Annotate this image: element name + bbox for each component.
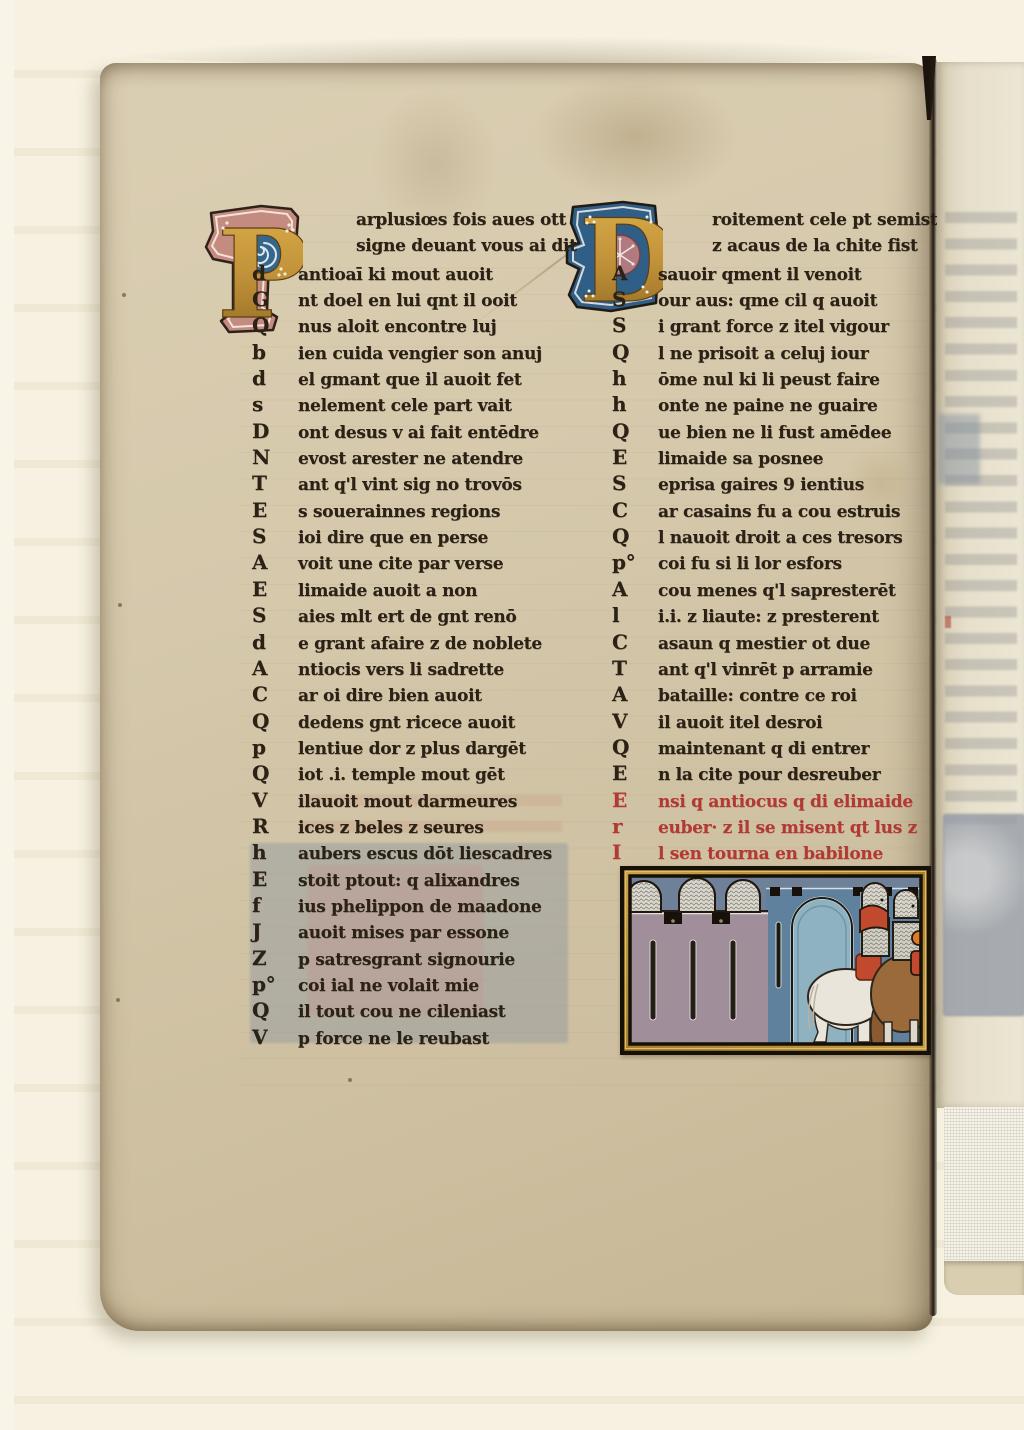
line-text: euber· z il se misent qt lus z — [658, 818, 917, 838]
line-text: evost arester ne atendre — [298, 449, 523, 469]
facing-page-miniature-showthrough — [943, 814, 1024, 1016]
facing-page-text-showthrough — [945, 212, 1017, 824]
verse-line: Tant q'l vinrēt p arramie — [612, 655, 946, 681]
verse-line: Ql ne prisoit a celuj iour — [612, 339, 946, 365]
verse-line: signe deuant vous ai dit — [252, 233, 586, 259]
line-initial: D — [252, 418, 298, 444]
verse-line: Qnus aloit encontre luj — [252, 312, 586, 338]
line-text: sauoir qment il venoit — [658, 265, 861, 285]
line-initial: T — [612, 655, 658, 681]
line-text: z acaus de la chite fist — [712, 236, 918, 256]
verse-line: Ql nauoit droit a ces tresors — [612, 523, 946, 549]
verse-line: Que bien ne li fust amēdee — [612, 418, 946, 444]
line-text: antioaī ki mout auoit — [298, 265, 493, 285]
verse-line: bien cuida vengier son anuj — [252, 339, 586, 365]
line-initial: h — [612, 365, 658, 391]
verse-line: z acaus de la chite fist — [612, 233, 946, 259]
verse-line: honte ne paine ne guaire — [612, 391, 946, 417]
cloth-backing — [944, 1107, 1024, 1263]
line-initial: h — [252, 839, 298, 865]
line-text: ien cuida vengier son anuj — [298, 344, 542, 364]
line-initial: J — [252, 918, 298, 944]
line-text: l sen tourna en babilone — [658, 844, 883, 864]
line-initial: p — [252, 734, 298, 760]
line-initial: C — [612, 629, 658, 655]
line-initial: E — [612, 760, 658, 786]
line-text: ar casains fu a cou estruis — [658, 502, 900, 522]
line-text: il auoit itel desroi — [658, 713, 822, 733]
verse-line: Elimaide sa posnee — [612, 444, 946, 470]
line-initial: p° — [612, 549, 658, 575]
verse-line: Abataille: contre ce roi — [612, 681, 946, 707]
line-text: cou menes q'l sapresterēt — [658, 581, 896, 601]
verse-line: Dont desus v ai fait entēdre — [252, 418, 586, 444]
line-initial: G — [252, 286, 298, 312]
line-initial: Q — [252, 312, 298, 338]
text-column-right: roitement cele pt semist.z acaus de la c… — [612, 207, 946, 866]
line-text: auoit mises par essone — [298, 923, 509, 943]
verse-line: del gmant que il auoit fet — [252, 365, 586, 391]
line-text: eprisa gaires 9 ientius — [658, 475, 864, 495]
line-initial: Q — [612, 418, 658, 444]
line-initial: S — [612, 312, 658, 338]
line-initial: N — [252, 444, 298, 470]
line-initial: b — [252, 339, 298, 365]
line-initial: d — [252, 260, 298, 286]
line-initial: S — [252, 602, 298, 628]
line-text: nelement cele part vait — [298, 396, 512, 416]
verse-line: Acou menes q'l sapresterēt — [612, 576, 946, 602]
line-initial: C — [612, 497, 658, 523]
line-text: p force ne le reubast — [298, 1029, 489, 1049]
line-initial: h — [612, 391, 658, 417]
verse-line: Asauoir qment il venoit — [612, 260, 946, 286]
line-text: signe deuant vous ai dit — [356, 236, 577, 256]
text-column-left: arplusiœs fois aues ottsigne deuant vous… — [252, 207, 586, 1050]
line-text: limaide sa posnee — [658, 449, 823, 469]
verse-line: Casaun q mestier ot due — [612, 629, 946, 655]
line-initial: I — [612, 839, 658, 865]
line-text: roitement cele pt semist. — [712, 210, 943, 230]
verse-line: Qil tout cou ne cileniast — [252, 997, 586, 1023]
line-initial: E — [252, 576, 298, 602]
line-text: aies mlt ert de gnt renō — [298, 607, 516, 627]
ink-speck — [122, 293, 126, 297]
line-initial: S — [612, 286, 658, 312]
line-initial: E — [612, 787, 658, 813]
verse-line: Si grant force z itel vigour — [612, 312, 946, 338]
verse-line: Sour aus: qme cil q auoit — [612, 286, 946, 312]
line-text: coi ial ne volait mie — [298, 976, 479, 996]
verse-line: Vil auoit itel desroi — [612, 708, 946, 734]
line-text: bataille: contre ce roi — [658, 686, 857, 706]
line-initial: E — [252, 866, 298, 892]
line-text: ont desus v ai fait entēdre — [298, 423, 539, 443]
line-text: el gmant que il auoit fet — [298, 370, 521, 390]
line-text: maintenant q di entrer — [658, 739, 869, 759]
line-text: il tout cou ne cileniast — [298, 1002, 505, 1022]
line-text: nsi q antiocus q di elimaide — [658, 792, 913, 812]
line-initial: V — [252, 787, 298, 813]
verse-line: snelement cele part vait — [252, 391, 586, 417]
ink-speck — [116, 998, 120, 1002]
verse-line: Avoit une cite par verse — [252, 549, 586, 575]
verse-line: Tant q'l vint sig no trovōs — [252, 470, 586, 496]
verse-line: p°coi fu si li lor esfors — [612, 549, 946, 575]
verse-line: plentiue dor z plus dargēt — [252, 734, 586, 760]
verse-line: haubers escus dōt liescadres — [252, 839, 586, 865]
verse-line: Qmaintenant q di entrer — [612, 734, 946, 760]
verse-line: de grant afaire z de noblete — [252, 629, 586, 655]
verse-line: p°coi ial ne volait mie — [252, 971, 586, 997]
line-initial: T — [252, 470, 298, 496]
line-initial: V — [612, 708, 658, 734]
parchment-stain — [530, 71, 740, 201]
line-text: ue bien ne li fust amēdee — [658, 423, 891, 443]
line-text: ōme nul ki li peust faire — [658, 370, 880, 390]
page-edge-band — [944, 1261, 1024, 1295]
line-initial: E — [612, 444, 658, 470]
line-text: s souerainnes regions — [298, 502, 500, 522]
line-initial: V — [252, 1024, 298, 1050]
verse-line: Sioi dire que en perse — [252, 523, 586, 549]
line-initial: Q — [612, 339, 658, 365]
facing-page-edge — [937, 62, 1024, 1108]
verse-line: Car casains fu a cou estruis — [612, 497, 946, 523]
line-initial: Z — [252, 945, 298, 971]
line-initial: Q — [252, 708, 298, 734]
verse-line: En la cite pour desreuber — [612, 760, 946, 786]
line-text: e grant afaire z de noblete — [298, 634, 542, 654]
line-initial: A — [252, 549, 298, 575]
verse-line: Seprisa gaires 9 ientius — [612, 470, 946, 496]
verse-line: hōme nul ki li peust faire — [612, 365, 946, 391]
line-text: n la cite pour desreuber — [658, 765, 880, 785]
line-initial: l — [612, 602, 658, 628]
line-text: ilauoit mout darmeures — [298, 792, 517, 812]
verse-line: Estoit ptout: q alixandres — [252, 866, 586, 892]
line-text: ioi dire que en perse — [298, 528, 488, 548]
verse-line: fius phelippon de maadone — [252, 892, 586, 918]
line-text: limaide auoit a non — [298, 581, 477, 601]
line-text: coi fu si li lor esfors — [658, 554, 842, 574]
line-text: dedens gnt ricece auoit — [298, 713, 515, 733]
line-initial: R — [252, 813, 298, 839]
line-text: iot .i. temple mout gēt — [298, 765, 505, 785]
line-initial: d — [252, 365, 298, 391]
verse-line: Saies mlt ert de gnt renō — [252, 602, 586, 628]
line-text: our aus: qme cil q auoit — [658, 291, 877, 311]
line-text: voit une cite par verse — [298, 554, 503, 574]
facing-page-initial-showthrough — [938, 414, 980, 484]
rubric-line: Ensi q antiocus q di elimaide — [612, 787, 946, 813]
facing-page-rubric-showthrough — [945, 616, 951, 628]
line-text: nus aloit encontre luj — [298, 317, 496, 337]
line-initial: s — [252, 391, 298, 417]
line-text: ar oi dire bien auoit — [298, 686, 482, 706]
verse-line: Nevost arester ne atendre — [252, 444, 586, 470]
line-text: asaun q mestier ot due — [658, 634, 870, 654]
verse-line: dantioaī ki mout auoit — [252, 260, 586, 286]
line-initial: A — [612, 576, 658, 602]
line-text: lentiue dor z plus dargēt — [298, 739, 526, 759]
verse-line: roitement cele pt semist. — [612, 207, 946, 233]
line-initial: Q — [252, 997, 298, 1023]
line-text: ant q'l vint sig no trovōs — [298, 475, 522, 495]
verse-line: Vp force ne le reubast — [252, 1024, 586, 1050]
manuscript-leaf: P D — [100, 63, 933, 1331]
line-initial: A — [612, 681, 658, 707]
miniature-city-gate-scene — [620, 866, 931, 1055]
verse-line: Jauoit mises par essone — [252, 918, 586, 944]
verse-line: Qiot .i. temple mout gēt — [252, 760, 586, 786]
backdrop-edge — [0, 0, 14, 1430]
line-text: p satresgrant signourie — [298, 950, 515, 970]
verse-line: Gnt doel en lui qnt il ooit — [252, 286, 586, 312]
line-initial: C — [252, 681, 298, 707]
verse-line: Vilauoit mout darmeures — [252, 787, 586, 813]
line-text: arplusiœs fois aues ott — [356, 210, 566, 230]
line-initial: Q — [252, 760, 298, 786]
rubric-line: reuber· z il se misent qt lus z — [612, 813, 946, 839]
line-initial: Q — [612, 734, 658, 760]
line-initial: A — [612, 260, 658, 286]
line-text: aubers escus dōt liescadres — [298, 844, 552, 864]
line-initial: r — [612, 813, 658, 839]
manuscript-photograph: P D — [0, 0, 1024, 1430]
verse-line: Zp satresgrant signourie — [252, 945, 586, 971]
line-text: ntiocis vers li sadrette — [298, 660, 504, 680]
verse-line: Es souerainnes regions — [252, 497, 586, 523]
line-text: ices z beles z seures — [298, 818, 484, 838]
verse-line: arplusiœs fois aues ott — [252, 207, 586, 233]
line-initial: E — [252, 497, 298, 523]
line-text: ant q'l vinrēt p arramie — [658, 660, 873, 680]
line-initial: A — [252, 655, 298, 681]
line-initial: p° — [252, 971, 298, 997]
verse-line: Elimaide auoit a non — [252, 576, 586, 602]
line-text: stoit ptout: q alixandres — [298, 871, 519, 891]
verse-line: Car oi dire bien auoit — [252, 681, 586, 707]
line-initial: S — [252, 523, 298, 549]
verse-line: Antiocis vers li sadrette — [252, 655, 586, 681]
line-text: l ne prisoit a celuj iour — [658, 344, 869, 364]
verse-line: Rices z beles z seures — [252, 813, 586, 839]
ink-speck — [118, 603, 122, 607]
book-top-shadow — [90, 36, 950, 66]
line-text: onte ne paine ne guaire — [658, 396, 878, 416]
line-initial: d — [252, 629, 298, 655]
line-initial: Q — [612, 523, 658, 549]
line-text: i grant force z itel vigour — [658, 317, 889, 337]
line-text: ius phelippon de maadone — [298, 897, 542, 917]
book-gutter — [929, 58, 937, 1316]
line-text: l nauoit droit a ces tresors — [658, 528, 902, 548]
rubric-line: Il sen tourna en babilone — [612, 839, 946, 865]
line-text: i.i. z liaute: z presterent — [658, 607, 879, 627]
verse-line: Qdedens gnt ricece auoit — [252, 708, 586, 734]
line-initial: S — [612, 470, 658, 496]
verse-line: li.i. z liaute: z presterent — [612, 602, 946, 628]
line-text: nt doel en lui qnt il ooit — [298, 291, 517, 311]
line-initial: f — [252, 892, 298, 918]
